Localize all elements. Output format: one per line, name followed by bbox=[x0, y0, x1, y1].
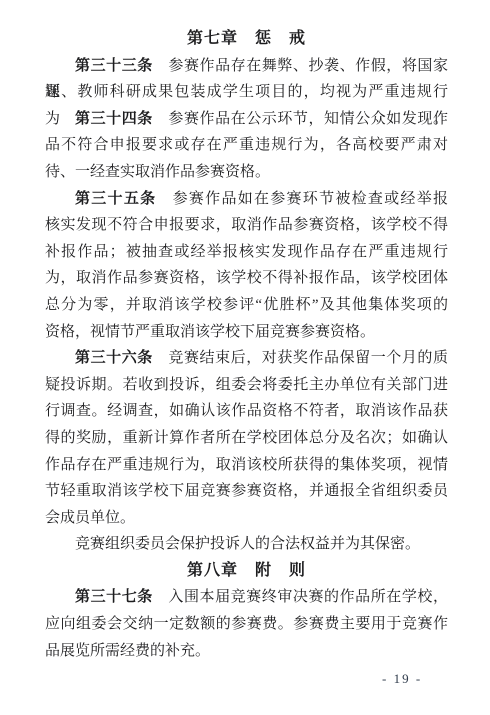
text-line: 应向组委会交纳一定数额的参赛费。参赛费主要用于竞赛作 bbox=[45, 611, 448, 638]
text-line: 节轻重取消该学校下届竞赛参赛资格，并通报全省组织委员 bbox=[45, 478, 448, 505]
text-line: 作品存在严重违规行为，取消该校所获得的集体奖项，视情 bbox=[45, 452, 448, 479]
text-line: 竞赛组织委员会保护投诉人的合法权益并为其保密。 bbox=[45, 531, 448, 558]
page-number: - 19 - bbox=[382, 671, 422, 687]
text-line: 第三十三条 参赛作品存在舞弊、抄袭、作假，将国家课 bbox=[45, 53, 448, 80]
article-number: 第三十七条 bbox=[75, 589, 153, 605]
text-line: 待、一经查实取消作品参赛资格。 bbox=[45, 159, 448, 186]
text-line: 第三十四条 参赛作品在公示环节，知情公众如发现作 bbox=[45, 106, 448, 133]
text-line: 得的奖励，重新计算作者所在学校团体总分及名次；如确认 bbox=[45, 425, 448, 452]
article-number: 第三十四条 bbox=[75, 111, 153, 127]
text-line: 行调查。经调查，如确认该作品资格不符者，取消该作品获 bbox=[45, 398, 448, 425]
article-number: 第三十五条 bbox=[75, 191, 156, 207]
text-line: 题、教师科研成果包装成学生项目的，均视为严重违规行为。 bbox=[45, 79, 448, 106]
text-line: 核实发现不符合申报要求，取消作品参赛资格，该学校不得 bbox=[45, 212, 448, 239]
text-line: 会成员单位。 bbox=[45, 505, 448, 532]
text-line: 疑投诉期。若收到投诉，组委会将委托主办单位有关部门进 bbox=[45, 372, 448, 399]
text-line: 资格，视情节严重取消该学校下届竞赛参赛资格。 bbox=[45, 319, 448, 346]
page-body: 第七章 惩 戒第三十三条 参赛作品存在舞弊、抄袭、作假，将国家课题、教师科研成果… bbox=[45, 26, 448, 664]
document-page: 第七章 惩 戒第三十三条 参赛作品存在舞弊、抄袭、作假，将国家课题、教师科研成果… bbox=[0, 0, 490, 715]
text-line: 为，取消作品参赛资格，该学校不得补报作品，该学校团体 bbox=[45, 265, 448, 292]
article-number: 第三十六条 bbox=[75, 350, 153, 366]
text-line: 品展览所需经费的补充。 bbox=[45, 638, 448, 665]
text-line: 第三十七条 入围本届竞赛终审决赛的作品所在学校， bbox=[45, 584, 448, 611]
text-line: 品不符合申报要求或存在严重违规行为，各高校要严肃对 bbox=[45, 132, 448, 159]
article-number: 第三十三条 bbox=[75, 58, 153, 74]
text-line: 总分为零，并取消该学校参评“优胜杯”及其他集体奖项的 bbox=[45, 292, 448, 319]
chapter-heading: 第八章 附 则 bbox=[45, 558, 448, 585]
text-line: 补报作品；被抽查或经举报核实发现作品存在严重违规行 bbox=[45, 239, 448, 266]
text-line: 第三十六条 竞赛结束后，对获奖作品保留一个月的质 bbox=[45, 345, 448, 372]
chapter-heading: 第七章 惩 戒 bbox=[45, 26, 448, 53]
text-line: 第三十五条 参赛作品如在参赛环节被检查或经举报 bbox=[45, 186, 448, 213]
